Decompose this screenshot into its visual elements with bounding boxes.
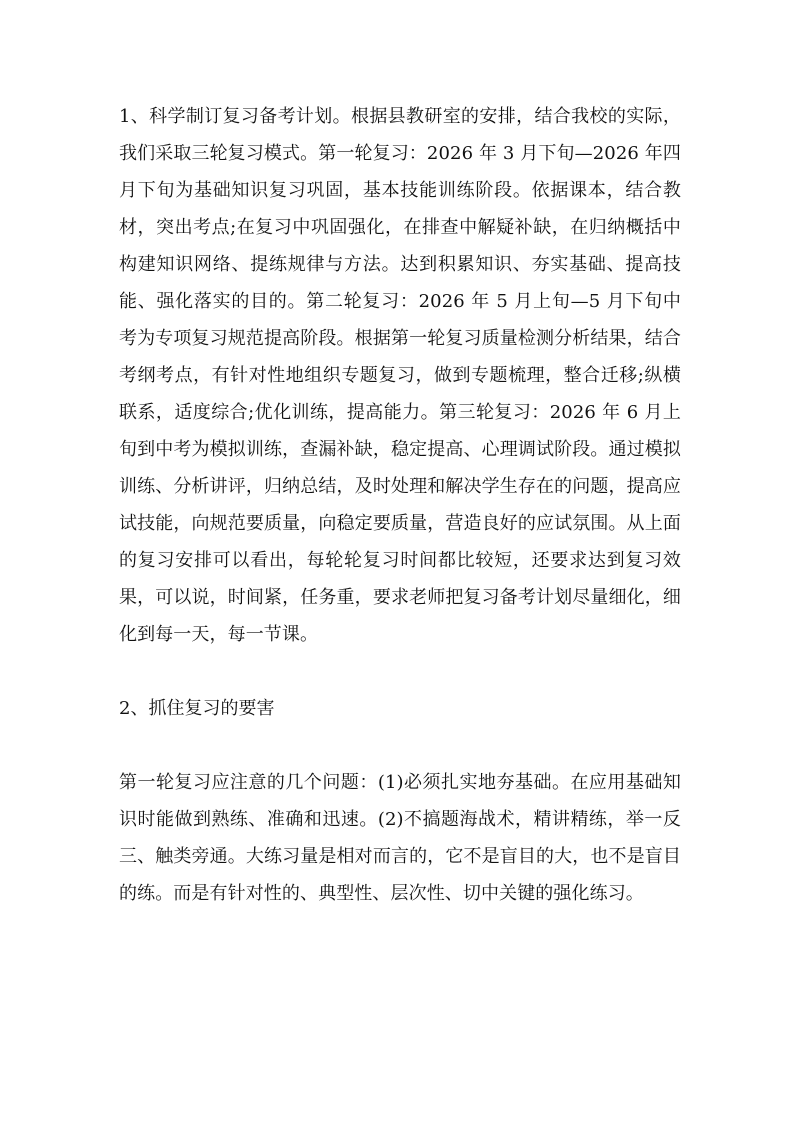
- paragraph-review-plan: 1、科学制订复习备考计划。根据县教研室的安排，结合我校的实际，我们采取三轮复习模…: [119, 98, 681, 653]
- paragraph-first-round-notes: 第一轮复习应注意的几个问题：(1)必须扎实地夯基础。在应用基础知识时能做到熟练、…: [119, 764, 681, 912]
- spacer: [119, 727, 681, 764]
- section-heading: 2、抓住复习的要害: [119, 690, 681, 727]
- spacer: [119, 653, 681, 690]
- document-page: 1、科学制订复习备考计划。根据县教研室的安排，结合我校的实际，我们采取三轮复习模…: [119, 98, 681, 912]
